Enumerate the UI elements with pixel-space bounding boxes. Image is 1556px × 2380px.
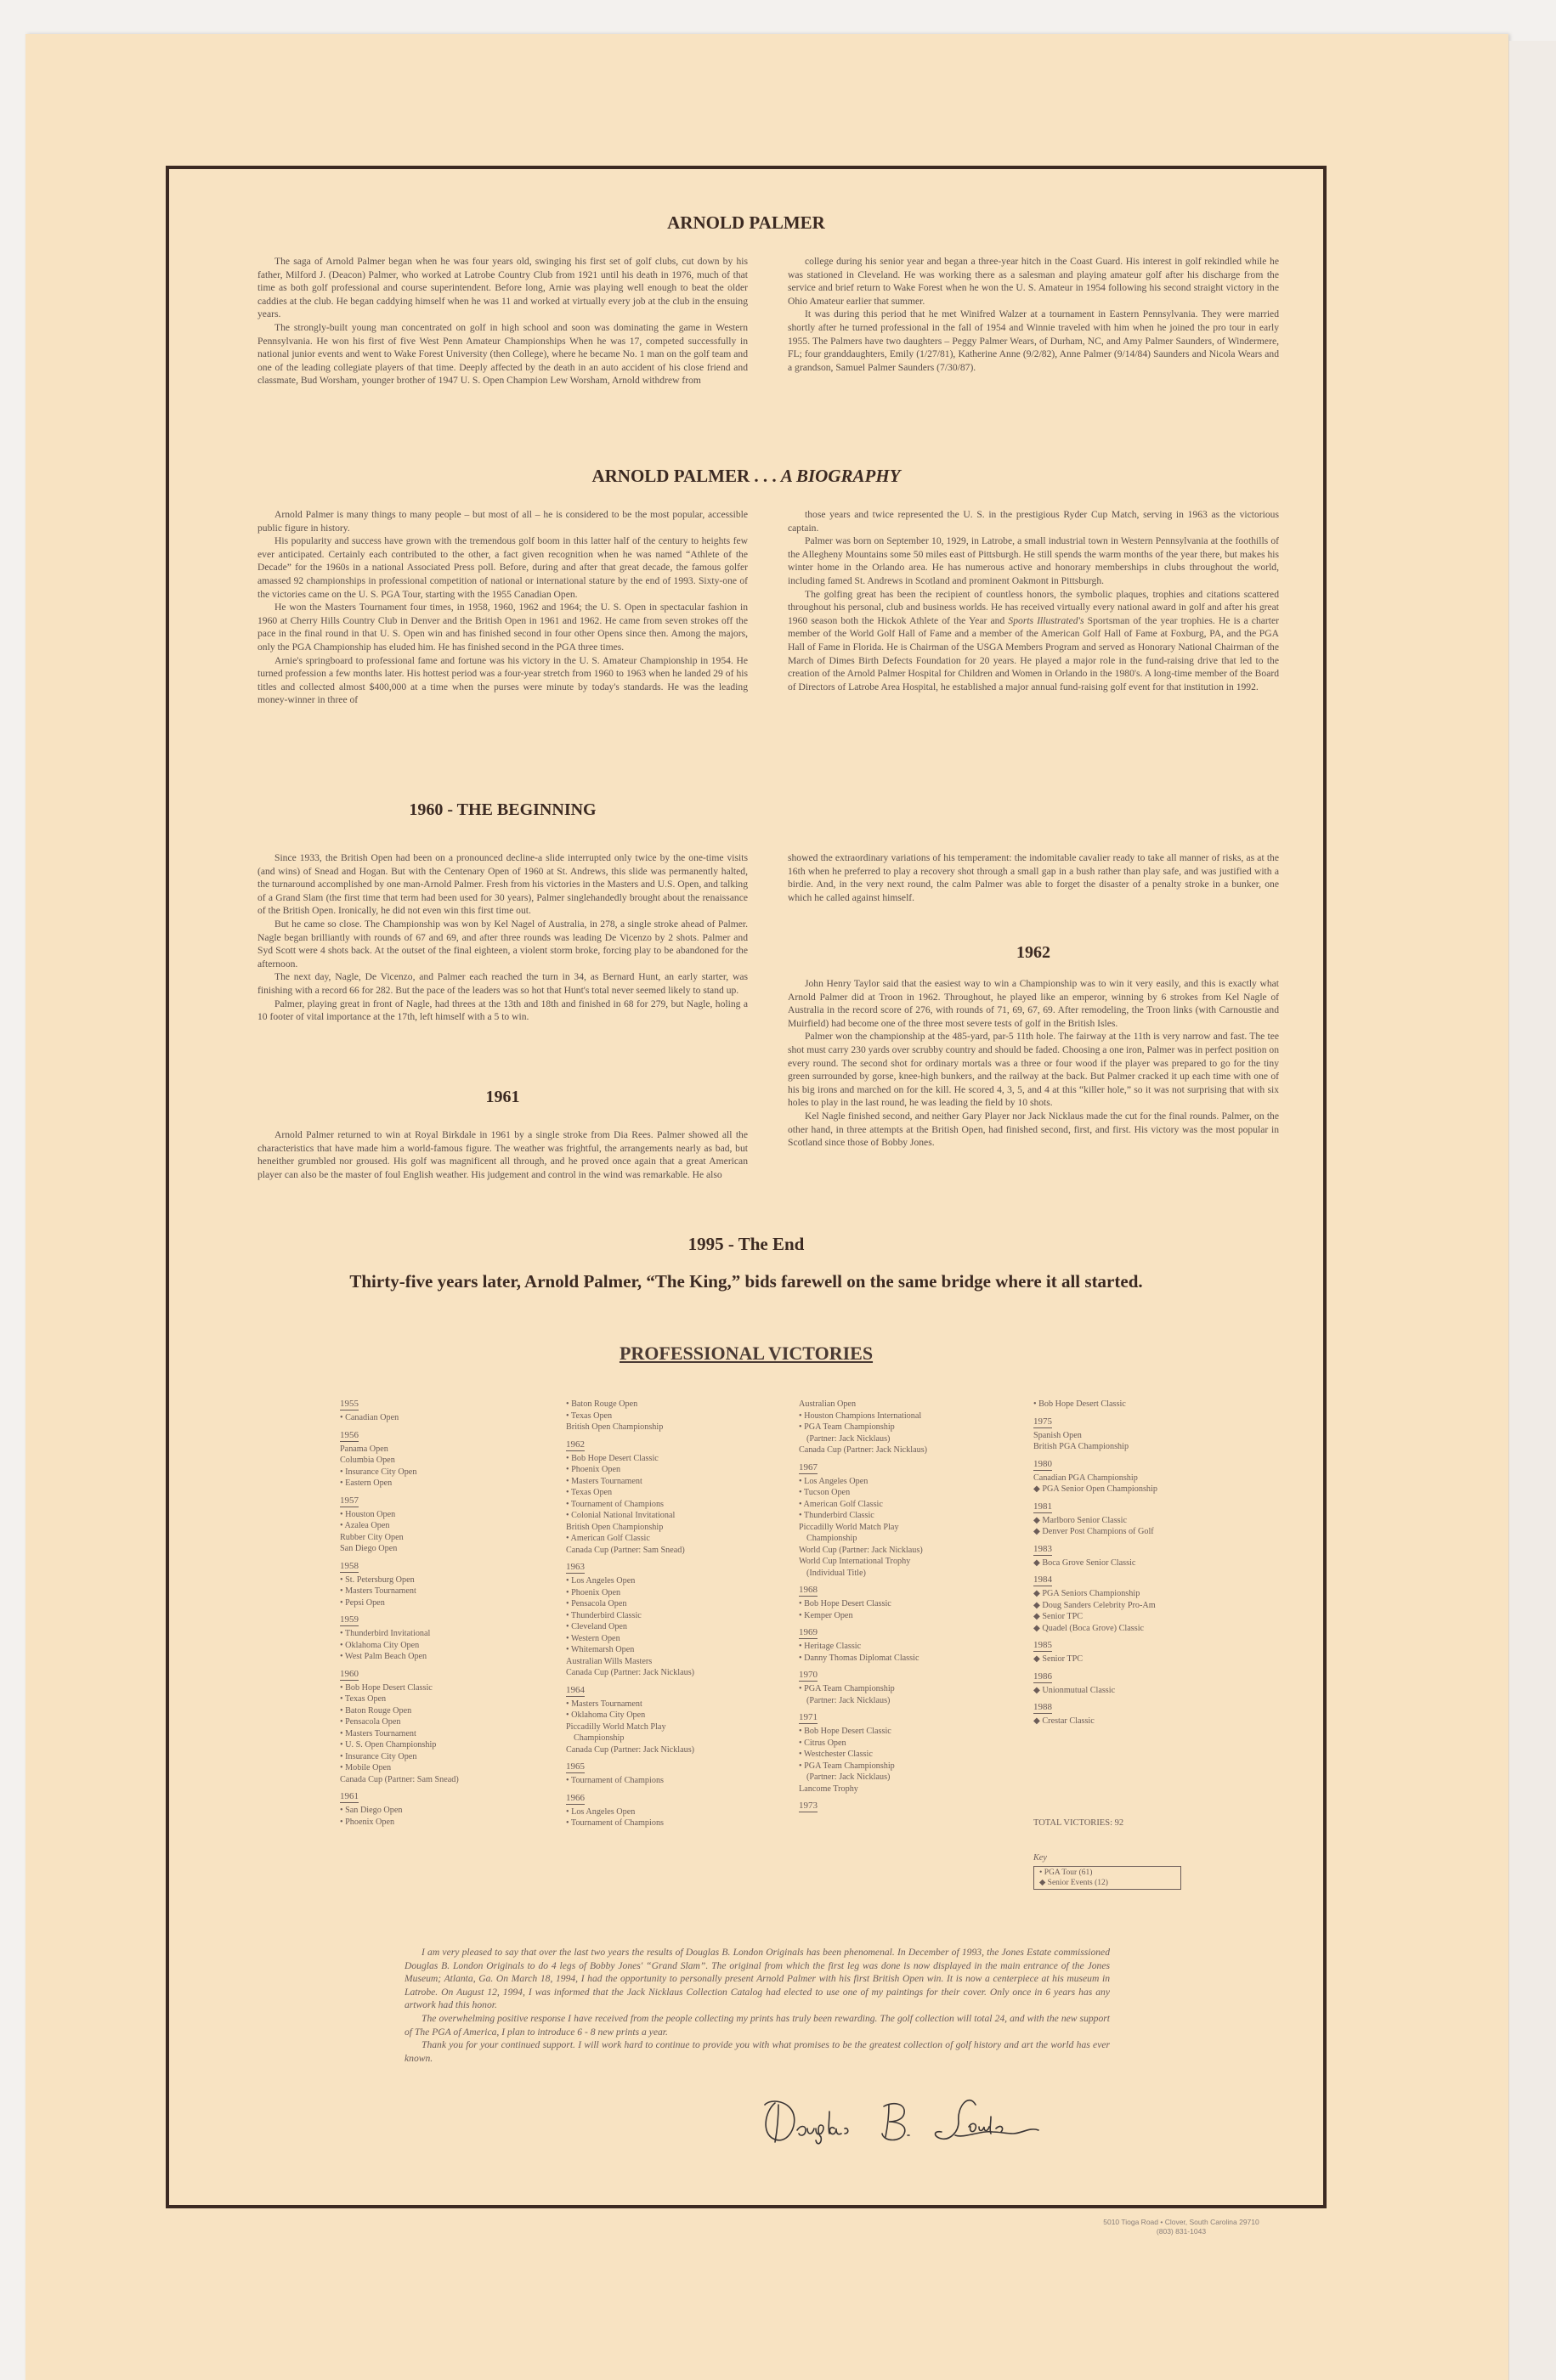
address-line: 5010 Tioga Road • Clover, South Carolina… <box>1079 2218 1283 2227</box>
victory-item: • Danny Thomas Diplomat Classic <box>799 1653 1011 1665</box>
victory-year: 1968 <box>799 1585 818 1597</box>
victory-item: • U. S. Open Championship <box>340 1739 544 1751</box>
victory-item: • Texas Open <box>340 1693 544 1705</box>
paragraph: Since 1933, the British Open had been on… <box>257 851 748 918</box>
victory-item: • American Golf Classic <box>799 1499 1011 1511</box>
victory-year-block: 1962• Bob Hope Desert Classic• Phoenix O… <box>566 1433 770 1557</box>
paragraph: Arnold Palmer is many things to many peo… <box>257 508 748 534</box>
page-edge <box>1508 41 1556 2380</box>
paragraph: The overwhelming positive response I hav… <box>405 2012 1110 2038</box>
end-title: 1995 - The End <box>166 1234 1327 1255</box>
victory-item: • Tournament of Champions <box>566 1818 770 1829</box>
victory-item: • Los Angeles Open <box>799 1476 1011 1488</box>
victory-item: • PGA Team Championship <box>799 1761 1011 1772</box>
paragraph: But he came so close. The Championship w… <box>257 918 748 970</box>
victory-item: Canadian PGA Championship <box>1033 1473 1237 1484</box>
victory-item: • American Golf Classic <box>566 1533 770 1545</box>
victory-year-block: • Bob Hope Desert Classic <box>1033 1399 1237 1410</box>
victory-year-block: 1968• Bob Hope Desert Classic• Kemper Op… <box>799 1579 1011 1621</box>
victory-year-block: 1984◆ PGA Seniors Championship◆ Doug San… <box>1033 1569 1237 1634</box>
victory-item: • Masters Tournament <box>340 1586 544 1597</box>
victory-item: • Westchester Classic <box>799 1749 1011 1761</box>
victory-year-block: 1963• Los Angeles Open• Phoenix Open• Pe… <box>566 1556 770 1679</box>
paragraph: Palmer won the championship at the 485-y… <box>788 1030 1279 1110</box>
victory-item: ◆ PGA Seniors Championship <box>1033 1588 1237 1600</box>
victories-column-3: Australian Open• Houston Champions Inter… <box>799 1399 1011 1814</box>
victory-year-block: 1986◆ Unionmutual Classic <box>1033 1665 1237 1697</box>
victory-item: • Houston Open <box>340 1509 544 1521</box>
victory-item: ◆ PGA Senior Open Championship <box>1033 1484 1237 1495</box>
victory-item: ◆ Doug Sanders Celebrity Pro-Am <box>1033 1600 1237 1612</box>
victory-item: Australian Open <box>799 1399 1011 1410</box>
victory-item: ◆ Senior TPC <box>1033 1611 1237 1623</box>
victory-item: • Bob Hope Desert Classic <box>340 1682 544 1694</box>
victory-item: • Los Angeles Open <box>566 1575 770 1587</box>
victory-year: 1959 <box>340 1614 359 1626</box>
paragraph: Palmer was born on September 10, 1929, i… <box>788 534 1279 587</box>
victory-item: Canada Cup (Partner: Sam Snead) <box>340 1774 544 1786</box>
paragraph: I am very pleased to say that over the l… <box>405 1946 1110 2012</box>
victory-item: • Eastern Open <box>340 1478 544 1490</box>
section-1962-title: 1962 <box>788 943 1279 963</box>
key-senior-events: ◆ Senior Events (12) <box>1039 1878 1175 1888</box>
paragraph: The next day, Nagle, De Vicenzo, and Pal… <box>257 970 748 997</box>
victory-year: 1962 <box>566 1439 585 1451</box>
paragraph: He won the Masters Tournament four times… <box>257 601 748 653</box>
victory-item: (Partner: Jack Nicklaus) <box>799 1772 1011 1784</box>
victory-year: 1960 <box>340 1669 359 1681</box>
victory-item: • Bob Hope Desert Classic <box>1033 1399 1237 1410</box>
victory-year: 1957 <box>340 1495 359 1507</box>
victory-item: • Bob Hope Desert Classic <box>799 1598 1011 1610</box>
victory-item: • Canadian Open <box>340 1412 544 1424</box>
victory-item: Championship <box>799 1533 1011 1545</box>
victory-item: • Los Angeles Open <box>566 1806 770 1818</box>
paragraph: Kel Nagle finished second, and neither G… <box>788 1110 1279 1150</box>
victory-year: 1970 <box>799 1670 818 1682</box>
victories-title-text: PROFESSIONAL VICTORIES <box>620 1343 873 1364</box>
victory-item: ◆ Unionmutual Classic <box>1033 1685 1237 1697</box>
victory-year-block: 1970• PGA Team Championship(Partner: Jac… <box>799 1664 1011 1706</box>
victory-item: Canada Cup (Partner: Jack Nicklaus) <box>799 1444 1011 1456</box>
victory-year: 1958 <box>340 1561 359 1573</box>
total-victories: TOTAL VICTORIES: 92 <box>1033 1818 1237 1829</box>
victory-item: World Cup (Partner: Jack Nicklaus) <box>799 1545 1011 1557</box>
victory-item: • Tournament of Champions <box>566 1499 770 1511</box>
victory-year: 1983 <box>1033 1544 1052 1556</box>
victory-item: • Pepsi Open <box>340 1597 544 1609</box>
victory-item: • Baton Rouge Open <box>566 1399 770 1410</box>
victory-year-block: 1975Spanish OpenBritish PGA Championship <box>1033 1410 1237 1453</box>
victory-item: • Tucson Open <box>799 1487 1011 1499</box>
victory-year-block: 1981◆ Marlboro Senior Classic◆ Denver Po… <box>1033 1495 1237 1538</box>
victory-item: • Texas Open <box>566 1410 770 1422</box>
intro-right-column: college during his senior year and began… <box>788 255 1279 374</box>
victory-item: • St. Petersburg Open <box>340 1574 544 1586</box>
victory-item: • Western Open <box>566 1633 770 1645</box>
victory-item: • Thunderbird Classic <box>566 1610 770 1622</box>
victories-column-1: 1955• Canadian Open1956Panama OpenColumb… <box>340 1399 544 1828</box>
biography-title-italic: A BIOGRAPHY <box>781 466 901 486</box>
victory-item: • PGA Team Championship <box>799 1683 1011 1695</box>
paragraph: Palmer, playing great in front of Nagle,… <box>257 998 748 1024</box>
victory-year: 1956 <box>340 1430 359 1442</box>
victory-item: Columbia Open <box>340 1455 544 1467</box>
biography-title: ARNOLD PALMER . . . A BIOGRAPHY <box>166 466 1327 487</box>
victory-year-block: 1985◆ Senior TPC <box>1033 1634 1237 1665</box>
victory-year: 1984 <box>1033 1574 1052 1586</box>
victory-year-block: 1973 <box>799 1795 1011 1814</box>
victory-year: 1988 <box>1033 1702 1052 1714</box>
victory-item: • Pensacola Open <box>566 1598 770 1610</box>
beginning-left-column: Since 1933, the British Open had been on… <box>257 851 748 1024</box>
victory-year: 1966 <box>566 1793 585 1805</box>
victory-item: Rubber City Open <box>340 1532 544 1544</box>
victory-year-block: 1960• Bob Hope Desert Classic• Texas Ope… <box>340 1663 544 1786</box>
victory-item: (Individual Title) <box>799 1568 1011 1580</box>
victory-year-block: 1965• Tournament of Champions <box>566 1755 770 1787</box>
victory-item: • Masters Tournament <box>566 1699 770 1710</box>
victory-year-block: 1988◆ Crestar Classic <box>1033 1696 1237 1727</box>
victory-year-block: 1959• Thunderbird Invitational• Oklahoma… <box>340 1608 544 1663</box>
victory-item: Piccadilly World Match Play <box>566 1721 770 1733</box>
victory-item: Lancome Trophy <box>799 1784 1011 1795</box>
victory-item: Canada Cup (Partner: Jack Nicklaus) <box>566 1744 770 1756</box>
victory-year: 1963 <box>566 1562 585 1574</box>
victory-year-block: 1961• San Diego Open• Phoenix Open <box>340 1785 544 1828</box>
phone-line: (803) 831-1043 <box>1079 2227 1283 2236</box>
victory-item: • Phoenix Open <box>340 1817 544 1829</box>
victory-year-block: 1983◆ Boca Grove Senior Classic <box>1033 1538 1237 1569</box>
victory-item: • Azalea Open <box>340 1520 544 1532</box>
victory-item: ◆ Senior TPC <box>1033 1654 1237 1665</box>
victory-item: • Kemper Open <box>799 1610 1011 1622</box>
victory-item: • Texas Open <box>566 1487 770 1499</box>
paragraph: The golfing great has been the recipient… <box>788 588 1279 694</box>
victory-year: 1980 <box>1033 1459 1052 1471</box>
victory-item: Spanish Open <box>1033 1430 1237 1442</box>
victory-item: • Colonial National Invitational <box>566 1510 770 1522</box>
section-1961-text: Arnold Palmer returned to win at Royal B… <box>257 1128 748 1181</box>
victory-item: Australian Wills Masters <box>566 1656 770 1668</box>
victory-item: ◆ Denver Post Champions of Golf <box>1033 1526 1237 1538</box>
signature <box>756 2086 1054 2154</box>
victory-item: World Cup International Trophy <box>799 1556 1011 1568</box>
victory-item: • San Diego Open <box>340 1805 544 1817</box>
victory-item: • Masters Tournament <box>566 1476 770 1488</box>
section-1962-text: John Henry Taylor said that the easiest … <box>788 977 1279 1150</box>
victory-year: 1986 <box>1033 1671 1052 1683</box>
victory-item: • Mobile Open <box>340 1762 544 1774</box>
key-legend: • PGA Tour (61) ◆ Senior Events (12) <box>1033 1866 1181 1890</box>
victory-year-block: Australian Open• Houston Champions Inter… <box>799 1399 1011 1456</box>
victory-year: 1985 <box>1033 1640 1052 1652</box>
paragraph: John Henry Taylor said that the easiest … <box>788 977 1279 1030</box>
victories-column-4: • Bob Hope Desert Classic1975Spanish Ope… <box>1033 1399 1237 1727</box>
biography-title-main: ARNOLD PALMER . . . <box>591 466 780 486</box>
victory-item: • Citrus Open <box>799 1738 1011 1750</box>
victory-item: Canada Cup (Partner: Sam Snead) <box>566 1545 770 1557</box>
victory-item: • Cleveland Open <box>566 1621 770 1633</box>
victory-year-block: 1967• Los Angeles Open• Tucson Open• Ame… <box>799 1456 1011 1580</box>
victory-year: 1964 <box>566 1685 585 1697</box>
paragraph: showed the extraordinary variations of h… <box>788 851 1279 904</box>
victory-item: San Diego Open <box>340 1543 544 1555</box>
victory-item: • Phoenix Open <box>566 1587 770 1599</box>
victory-year: 1975 <box>1033 1416 1052 1428</box>
victory-item: ◆ Marlboro Senior Classic <box>1033 1515 1237 1527</box>
signature-icon <box>756 2086 1054 2154</box>
biography-right-column: those years and twice represented the U.… <box>788 508 1279 693</box>
victory-item: • Houston Champions International <box>799 1410 1011 1422</box>
victory-item: ◆ Quadel (Boca Grove) Classic <box>1033 1623 1237 1635</box>
victory-item: • Pensacola Open <box>340 1716 544 1728</box>
victory-item: • Phoenix Open <box>566 1464 770 1476</box>
victory-item: (Partner: Jack Nicklaus) <box>799 1433 1011 1445</box>
victory-item: • Heritage Classic <box>799 1641 1011 1653</box>
victory-year-block: 1964• Masters Tournament• Oklahoma City … <box>566 1679 770 1756</box>
victory-item: Canada Cup (Partner: Jack Nicklaus) <box>566 1667 770 1679</box>
victory-year: 1973 <box>799 1801 818 1812</box>
victory-year-block: 1966• Los Angeles Open• Tournament of Ch… <box>566 1787 770 1829</box>
victory-year: 1965 <box>566 1761 585 1773</box>
paragraph: The saga of Arnold Palmer began when he … <box>257 255 748 321</box>
victory-year: 1955 <box>340 1399 359 1410</box>
letter-text: I am very pleased to say that over the l… <box>405 1946 1110 2065</box>
paragraph: college during his senior year and began… <box>788 255 1279 308</box>
end-tagline: Thirty-five years later, Arnold Palmer, … <box>166 1271 1327 1292</box>
victory-year-block: 1955• Canadian Open <box>340 1399 544 1424</box>
victory-year-block: 1980Canadian PGA Championship◆ PGA Senio… <box>1033 1453 1237 1495</box>
victory-item: • Oklahoma City Open <box>340 1640 544 1652</box>
paragraph: His popularity and success have grown wi… <box>257 534 748 601</box>
paragraph: Arnold Palmer returned to win at Royal B… <box>257 1128 748 1181</box>
victory-year: 1981 <box>1033 1501 1052 1513</box>
key-label: Key <box>1033 1852 1237 1864</box>
victories-column-2: • Baton Rouge Open• Texas OpenBritish Op… <box>566 1399 770 1829</box>
victory-item: • Bob Hope Desert Classic <box>799 1726 1011 1738</box>
victory-item: ◆ Crestar Classic <box>1033 1716 1237 1727</box>
paragraph: It was during this period that he met Wi… <box>788 308 1279 374</box>
victory-item: • PGA Team Championship <box>799 1422 1011 1433</box>
victory-year: 1971 <box>799 1712 818 1724</box>
victory-item: • Baton Rouge Open <box>340 1705 544 1717</box>
intro-left-column: The saga of Arnold Palmer began when he … <box>257 255 748 387</box>
victory-item: • Insurance City Open <box>340 1467 544 1478</box>
paragraph: those years and twice represented the U.… <box>788 508 1279 534</box>
victory-item: British PGA Championship <box>1033 1441 1237 1453</box>
footer-address: 5010 Tioga Road • Clover, South Carolina… <box>1079 2218 1283 2236</box>
paragraph: The strongly-built young man concentrate… <box>257 321 748 387</box>
victory-item: • West Palm Beach Open <box>340 1651 544 1663</box>
beginning-title: 1960 - THE BEGINNING <box>257 800 748 820</box>
victory-year: 1961 <box>340 1791 359 1803</box>
victory-year-block: 1958• St. Petersburg Open• Masters Tourn… <box>340 1555 544 1609</box>
victories-title: PROFESSIONAL VICTORIES <box>166 1343 1327 1365</box>
victory-year-block: 1957• Houston Open• Azalea OpenRubber Ci… <box>340 1490 544 1555</box>
victory-item: • Thunderbird Classic <box>799 1510 1011 1522</box>
magazine-title: Sports Illustrated's <box>1008 615 1084 626</box>
victory-year: 1969 <box>799 1627 818 1639</box>
victory-item: British Open Championship <box>566 1522 770 1534</box>
victory-item: Piccadilly World Match Play <box>799 1522 1011 1534</box>
victory-item: ◆ Boca Grove Senior Classic <box>1033 1557 1237 1569</box>
paragraph: Thank you for your continued support. I … <box>405 2038 1110 2065</box>
victory-item: • Whitemarsh Open <box>566 1644 770 1656</box>
victory-year-block: • Baton Rouge Open• Texas OpenBritish Op… <box>566 1399 770 1433</box>
victory-item: Panama Open <box>340 1444 544 1456</box>
victory-year: 1967 <box>799 1462 818 1474</box>
victory-item: • Tournament of Champions <box>566 1775 770 1787</box>
key-pga-tour: • PGA Tour (61) <box>1039 1868 1175 1878</box>
section-1961-title: 1961 <box>257 1088 748 1107</box>
victory-item: • Bob Hope Desert Classic <box>566 1453 770 1465</box>
victory-year-block: 1969• Heritage Classic• Danny Thomas Dip… <box>799 1621 1011 1664</box>
victory-item: Championship <box>566 1733 770 1744</box>
page-title: ARNOLD PALMER <box>166 212 1327 234</box>
victory-item: • Oklahoma City Open <box>566 1710 770 1721</box>
victory-year-block: 1956Panama OpenColumbia Open• Insurance … <box>340 1424 544 1490</box>
victory-year-block: 1971• Bob Hope Desert Classic• Citrus Op… <box>799 1706 1011 1795</box>
victory-item: • Masters Tournament <box>340 1728 544 1740</box>
victory-item: British Open Championship <box>566 1422 770 1433</box>
paragraph: Arnie's springboard to professional fame… <box>257 654 748 707</box>
section-1961-continued: showed the extraordinary variations of h… <box>788 851 1279 904</box>
biography-left-column: Arnold Palmer is many things to many peo… <box>257 508 748 707</box>
victory-item: (Partner: Jack Nicklaus) <box>799 1695 1011 1707</box>
victory-item: • Insurance City Open <box>340 1751 544 1763</box>
victory-item: • Thunderbird Invitational <box>340 1628 544 1640</box>
